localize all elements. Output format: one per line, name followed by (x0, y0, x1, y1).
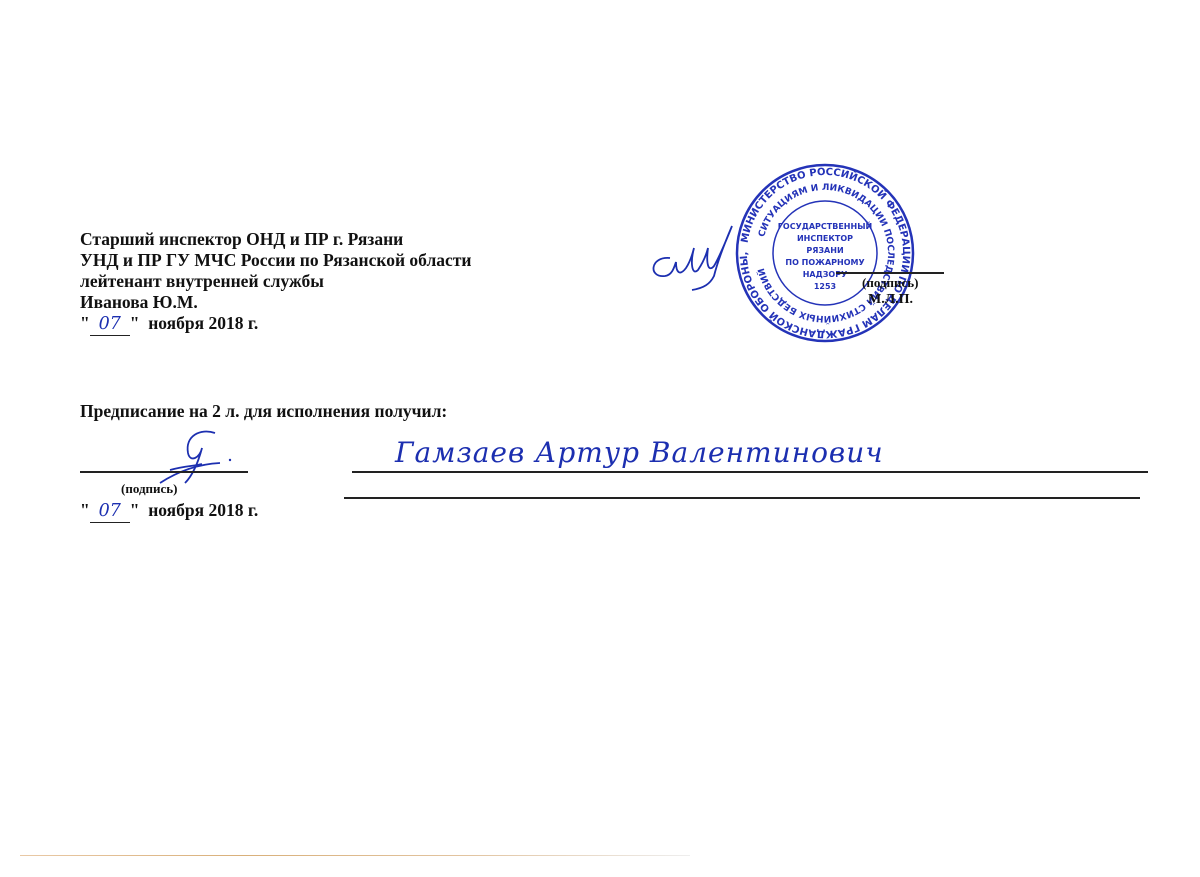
official-stamp: МИНИСТЕРСТВО РОССИЙСКОЙ ФЕДЕРАЦИИ ПО ДЕЛ… (735, 163, 915, 343)
stamp-line-1: ГОСУДАРСТВЕННЫЙ (778, 220, 872, 231)
page-bottom-edge (20, 855, 690, 856)
receiver-name-line-1 (352, 471, 1148, 473)
receiver-signature-line (80, 471, 248, 473)
stamp-line-3: РЯЗАНИ (806, 246, 843, 255)
inspector-date: "07" ноября 2018 г. (80, 313, 472, 336)
inspector-name: Иванова Ю.М. (80, 292, 472, 313)
receiver-signature-caption: (подпись) (121, 481, 177, 497)
receiver-name-line-2 (344, 497, 1140, 499)
receiver-date: "07" ноября 2018 г. (80, 500, 258, 523)
inspector-date-day: 07 (90, 314, 130, 336)
receiver-date-day: 07 (90, 501, 130, 523)
inspector-position: Старший инспектор ОНД и ПР г. Рязани (80, 229, 472, 250)
receiver-signature (140, 428, 240, 488)
inspector-department: УНД и ПР ГУ МЧС России по Рязанской обла… (80, 250, 472, 271)
stamp-line-6: 1253 (814, 282, 836, 291)
inspector-rank: лейтенант внутренней службы (80, 271, 472, 292)
inspector-date-rest: ноября 2018 г. (148, 313, 258, 333)
inspector-signature-caption: (подпись) (862, 275, 918, 291)
seal-caption: М.Л.П. (868, 292, 913, 308)
receiver-date-rest: ноября 2018 г. (148, 500, 258, 520)
receipt-heading: Предписание на 2 л. для исполнения получ… (80, 401, 447, 422)
receiver-handwritten-name: Гамзаев Артур Валентинович (395, 436, 884, 469)
inspector-signature (640, 218, 740, 293)
inspector-signature-line (836, 272, 944, 274)
stamp-line-2: ИНСПЕКТОР (797, 234, 853, 243)
stamp-line-4: ПО ПОЖАРНОМУ (785, 258, 864, 267)
inspector-block: Старший инспектор ОНД и ПР г. Рязани УНД… (80, 229, 472, 336)
